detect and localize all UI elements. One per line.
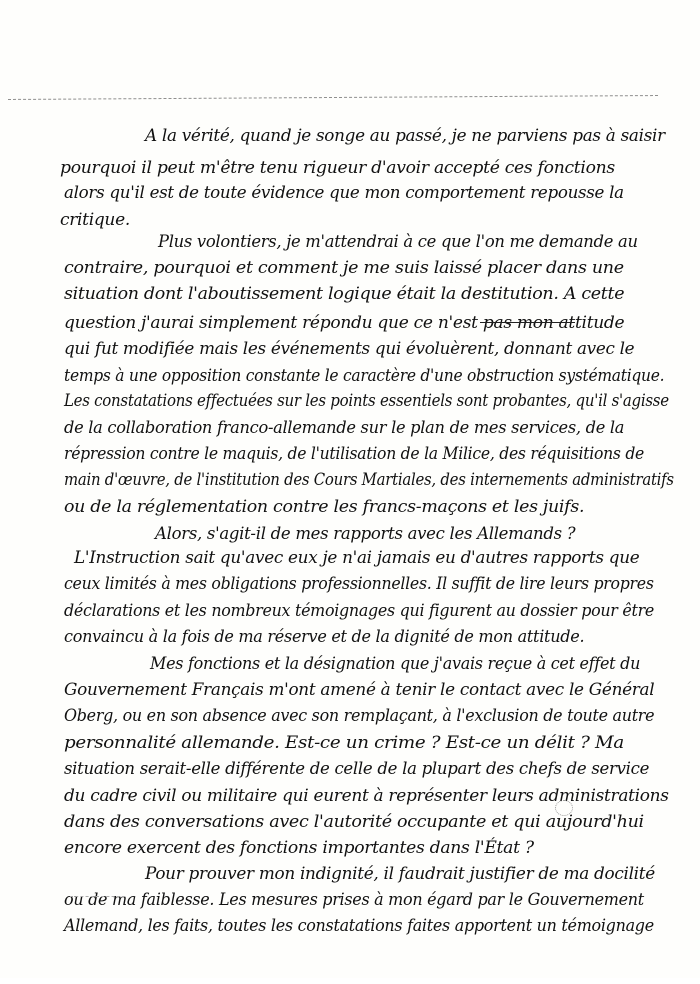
text-line: Pour prouver mon indignité, il faudrait … xyxy=(145,864,655,884)
text-line: question j'aurai simplement répondu que … xyxy=(64,313,624,333)
text-line: qui fut modifiée mais les événements qui… xyxy=(64,339,634,359)
text-line: pourquoi il peut m'être tenu rigueur d'a… xyxy=(60,158,615,178)
text-line: temps à une opposition constante le cara… xyxy=(64,366,664,386)
text-line: ou de la réglementation contre les franc… xyxy=(64,497,584,517)
text-line: main d'œuvre, de l'institution des Cours… xyxy=(64,470,674,490)
text-line: dans des conversations avec l'autorité o… xyxy=(64,812,644,832)
text-line: contraire, pourquoi et comment je me sui… xyxy=(64,258,624,278)
manuscript-page: A la vérité, quand je songe au passé, je… xyxy=(0,0,700,984)
dashed-top-rule xyxy=(8,95,658,100)
text-line: alors qu'il est de toute évidence que mo… xyxy=(64,183,624,203)
text-line: Mes fonctions et la désignation que j'av… xyxy=(150,654,640,674)
text-line: Les constatations effectuées sur les poi… xyxy=(64,391,669,411)
text-line: L'Instruction sait qu'avec eux je n'ai j… xyxy=(74,548,639,568)
text-line: déclarations et les nombreux témoignages… xyxy=(64,601,654,621)
page-bottom-edge xyxy=(0,978,700,984)
text-line: du cadre civil ou militaire qui eurent à… xyxy=(64,786,669,806)
underline-mark xyxy=(480,322,575,323)
text-line: situation dont l'aboutissement logique é… xyxy=(64,284,624,304)
text-line: Alors, s'agit-il de mes rapports avec le… xyxy=(155,524,575,544)
text-line: répression contre le maquis, de l'utilis… xyxy=(64,444,644,464)
text-line: ceux limités à mes obligations professio… xyxy=(64,574,654,594)
text-line: Allemand, les faits, toutes les constata… xyxy=(64,916,654,936)
text-line: Gouvernement Français m'ont amené à teni… xyxy=(64,680,654,700)
text-line: encore exercent des fonctions importante… xyxy=(64,838,534,858)
text-line: de la collaboration franco-allemande sur… xyxy=(64,418,624,438)
text-line: critique. xyxy=(60,210,130,230)
text-line: Plus volontiers, je m'attendrai à ce que… xyxy=(158,232,638,252)
text-line: Oberg, ou en son absence avec son rempla… xyxy=(64,706,654,726)
faint-dash-mark xyxy=(70,896,125,897)
text-line: convaincu à la fois de ma réserve et de … xyxy=(64,627,584,647)
text-line: A la vérité, quand je songe au passé, je… xyxy=(145,126,665,146)
text-line: personnalité allemande. Est-ce un crime … xyxy=(64,733,624,753)
text-line: situation serait-elle différente de cell… xyxy=(64,759,649,779)
text-line: ou de ma faiblesse. Les mesures prises à… xyxy=(64,890,644,910)
